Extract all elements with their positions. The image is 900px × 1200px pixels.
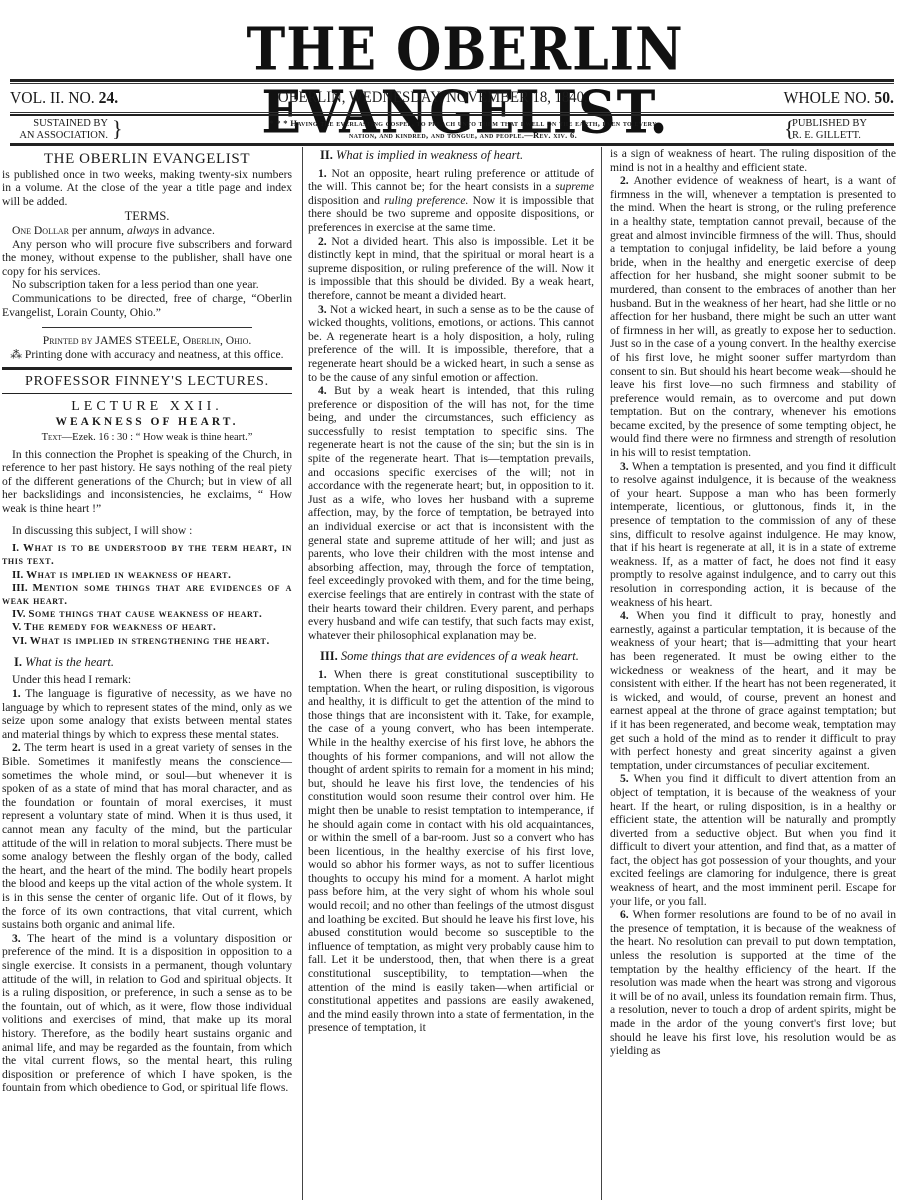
part-heading: I. What is the heart. (2, 656, 292, 670)
section-title: PROFESSOR FINNEY'S LECTURES. (2, 375, 292, 389)
paragraph: 2. Not a divided heart. This also is imp… (308, 235, 594, 303)
dateline-bar: VOL. II. NO. 24. OBERLIN, WEDNESDAY, NOV… (10, 86, 894, 110)
sustained-by: SUSTAINED BY AN ASSOCIATION. (0, 118, 108, 142)
paragraph: 2. The term heart is used in a great var… (2, 741, 292, 931)
volume-number: VOL. II. NO. 24. (10, 86, 118, 110)
motto: * * * Having the everlasting gospel, to … (158, 117, 768, 141)
printer-line: Printed by JAMES STEELE, Oberlin, Ohio. (2, 334, 292, 348)
paragraph: 3. Not a wicked heart, in such a sense a… (308, 303, 594, 385)
outline-item: II. What is implied in weakness of heart… (2, 569, 292, 582)
paragraph: 6. When former resolutions are found to … (610, 908, 896, 1058)
column-divider (302, 147, 303, 1200)
outline-item: VI. What is implied in strengthening the… (2, 635, 292, 648)
divider (2, 393, 292, 394)
paragraph: 2. Another evidence of weakness of heart… (610, 174, 896, 459)
lecture-subject: WEAKNESS OF HEART. (2, 416, 292, 430)
masthead-rule-top (10, 79, 894, 82)
masthead-rule-bottom (10, 143, 894, 146)
dateline-rule-2 (10, 114, 894, 116)
continued-paragraph: is a sign of weakness of heart. The ruli… (610, 147, 896, 174)
outline-list: I. What is to be understood by the term … (2, 542, 292, 648)
body-columns: THE OBERLIN EVANGELIST is published once… (0, 147, 900, 1200)
paragraph: 4. But by a weak heart is intended, that… (308, 384, 594, 642)
paragraph: 3. The heart of the mind is a voluntary … (2, 932, 292, 1095)
terms-price: One Dollar per annum, always in advance. (2, 224, 292, 238)
terms-agent: Any person who will procure five subscri… (2, 238, 292, 279)
outline-item: V. The remedy for weakness of heart. (2, 621, 292, 634)
divider (42, 327, 252, 328)
dateline-rule-1 (10, 112, 894, 113)
box-title: THE OBERLIN EVANGELIST (2, 153, 292, 167)
scripture-text: Text—Ezek. 16 : 30 : “ How weak is thine… (2, 431, 292, 445)
printing-note: ⁂ Printing done with accuracy and neatne… (2, 348, 292, 362)
outline-item: IV. Some things that cause weakness of h… (2, 608, 292, 621)
publication-frequency: is published once in two weeks, making t… (2, 168, 292, 209)
part-heading: II. What is implied in weakness of heart… (308, 149, 594, 163)
lecture-number: LECTURE XXII. (2, 400, 292, 414)
subhead-bar: SUSTAINED BY AN ASSOCIATION. } * * * Hav… (0, 117, 900, 143)
column-divider (601, 147, 602, 1200)
part-lead: Under this head I remark: (2, 673, 292, 687)
column-3: is a sign of weakness of heart. The ruli… (606, 147, 898, 1058)
terms-heading: TERMS. (2, 210, 292, 224)
masthead: THE OBERLIN EVANGELIST. VOL. II. NO. 24.… (0, 0, 900, 135)
column-2: II. What is implied in weakness of heart… (306, 147, 596, 1035)
discussing-line: In discussing this subject, I will show … (2, 524, 292, 538)
paragraph: 1. Not an opposite, heart ruling prefere… (308, 167, 594, 235)
outline-item: III. Mention some things that are eviden… (2, 582, 292, 608)
paragraph: 1. When there is great constitutional su… (308, 668, 594, 1035)
outline-item: I. What is to be understood by the term … (2, 542, 292, 568)
intro-paragraph: In this connection the Prophet is speaki… (2, 448, 292, 516)
part-heading: III. Some things that are evidences of a… (308, 650, 594, 664)
divider (2, 367, 292, 370)
published-by: PUBLISHED BY R. E. GILLETT. (792, 118, 892, 142)
terms-communications: Communications to be directed, free of c… (2, 292, 292, 319)
terms-minimum: No subscription taken for a less period … (2, 278, 292, 292)
paragraph: 1. The language is figurative of necessi… (2, 687, 292, 741)
subscription-box: THE OBERLIN EVANGELIST is published once… (2, 153, 292, 361)
paragraph: 5. When you find it difficult to divert … (610, 772, 896, 908)
column-1: THE OBERLIN EVANGELIST is published once… (0, 147, 298, 1095)
whole-number: WHOLE NO. 50. (784, 86, 894, 110)
masthead-rule-top-thin (10, 83, 894, 84)
brace-left-icon: } (112, 117, 123, 141)
issue-date: OBERLIN, WEDNESDAY, NOVEMBER 18, 1840. (278, 86, 588, 110)
paragraph: 4. When you find it difficult to pray, h… (610, 609, 896, 772)
paragraph: 3. When a temptation is presented, and y… (610, 460, 896, 610)
